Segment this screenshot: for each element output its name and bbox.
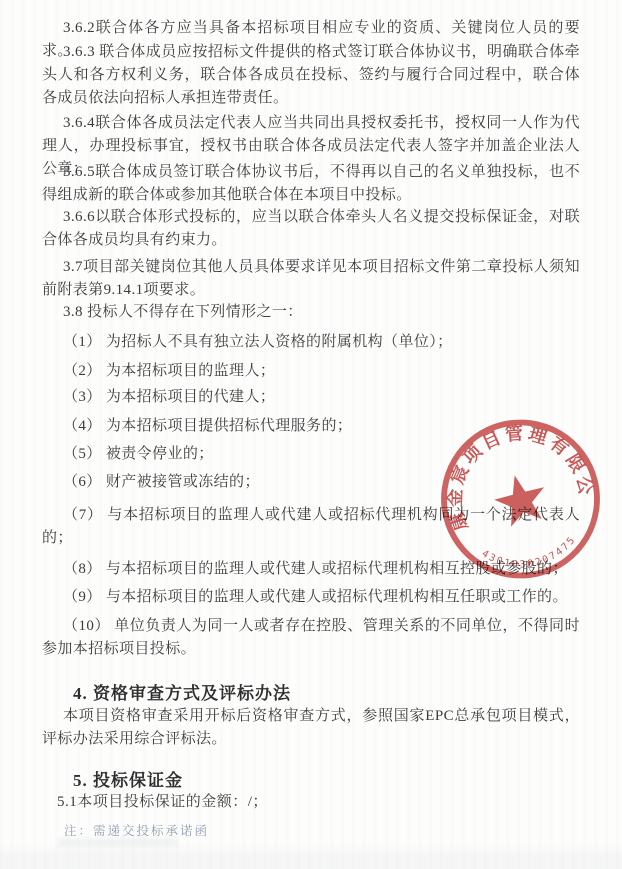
list-item-2: （2） 为本招标项目的监理人；	[42, 360, 580, 383]
section-heading-4: 4. 资格审查方式及评标办法	[73, 679, 291, 704]
clause-4-body: 本项目资格审查采用开标后资格审查方式，参照国家EPC总承包项目模式，评标办法采用…	[42, 705, 580, 751]
clause-3-6-3: 3.6.3 联合体成员应按招标文件提供的格式签订联合体协议书，明确联合体牵头人和…	[42, 41, 580, 110]
clause-3-6-5: 3.6.5联合体成员签订联合体协议书后，不得再以自己的名义单独投标，也不得组成新…	[42, 161, 580, 207]
list-item-3: （3） 为本招标项目的代建人；	[42, 386, 580, 409]
star-icon	[490, 469, 552, 529]
clause-3-7: 3.7项目部关键岗位其他人员具体要求详见本项目招标文件第二章投标人须知前附表第9…	[42, 256, 580, 302]
section-heading-5: 5. 投标保证金	[73, 766, 183, 791]
seal-company-name: 康金宸项目管理有限公司	[399, 387, 598, 540]
scan-smudge	[58, 838, 178, 847]
clause-3-6-6: 3.6.6以联合体形式投标的，应当以联合体牵头人名义提交投标保证金，对联合体各成…	[42, 206, 580, 252]
svg-text:康金宸项目管理有限公司: 康金宸项目管理有限公司	[399, 387, 598, 540]
note-text: 注：需递交投标承诺函	[64, 821, 209, 839]
clause-5-1: 5.1本项目投标保证的金额：/；	[57, 790, 268, 811]
scanned-document-page: 3.6.2联合体各方应当具备本招标项目相应专业的资质、关键岗位人员的要求。 3.…	[0, 0, 622, 869]
list-item-10: （10） 单位负责人为同一人或者存在控股、管理关系的不同单位，不得同时参加本招标…	[42, 615, 580, 661]
list-item-1: （1） 为招标人不具有独立法人资格的附属机构（单位）；	[42, 331, 580, 354]
clause-3-8: 3.8 投标人不得存在下列情形之一：	[42, 301, 580, 324]
